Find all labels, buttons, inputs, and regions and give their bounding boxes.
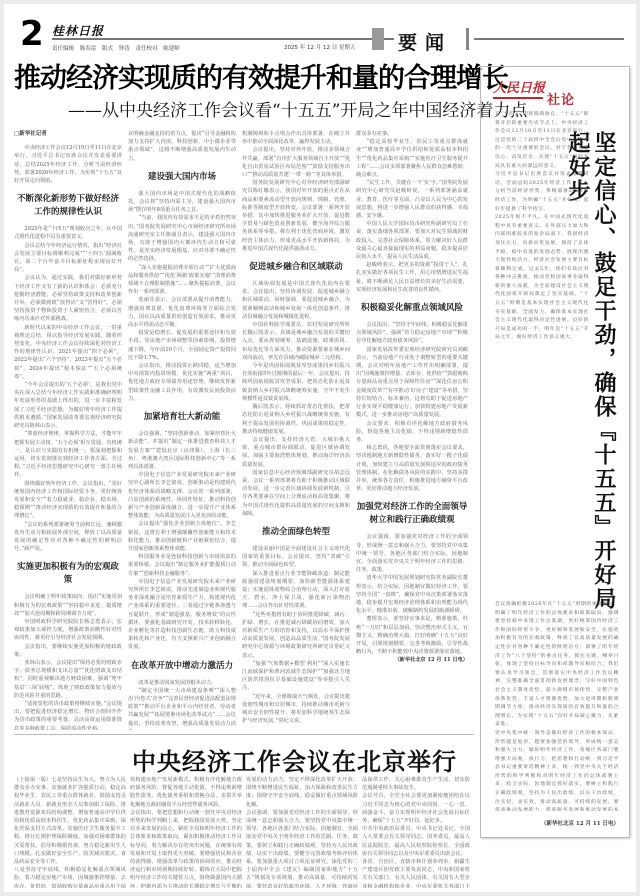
- second-article-title: 中央经济工作会议在北京举行: [132, 742, 457, 777]
- editorial-box: 人民日报 社论 坚定信心、鼓足干劲，确保『十五五』开好局起好步 在“十四五”即将…: [480, 66, 630, 838]
- paragraph: 中国电子信息产业发展研究院未来产业研究中心副所长李艺铭说，创新驱动是构建现代化经…: [128, 471, 236, 520]
- paragraph: “这些举措将有助于协同推进降碳、减污、扩绿、增长，在推进减污降碳协同增效，加大对…: [242, 611, 350, 660]
- paragraph: 会议指出，“坚持守牢底线，积极稳妥化解重点领域风险”，强调“着力稳定房地产市场”…: [356, 321, 468, 346]
- subheading: 加强党对经济工作的全面领导 树立和践行正确政绩观: [356, 501, 468, 527]
- paragraph: 中国社科院学部委员、农村发展研究所所长魏后凯表示，县域是城乡融合发展的关键切入点…: [242, 321, 350, 362]
- paragraph: 会议明确了明年政策取向，指出“实施更加积极有为的宏观政策”“坚持稳中求进、提质增…: [14, 593, 122, 618]
- dateline: 2025 年 12 月 12 日 星期五: [284, 43, 355, 51]
- paragraph: 张林山表示，会议提出“保持必要的财政赤字、债务总规模和支出总量”“优化财政支出结…: [14, 659, 122, 700]
- subheading: 建设强大国内市场: [128, 171, 236, 184]
- paragraph: 赵峻岭表示，把更多的资源“投资于人”，扎扎实实做好各项民生工作，用心用情增进民生…: [356, 261, 468, 294]
- paper-name-logo: 桂林日报: [52, 22, 104, 39]
- paragraph: 会议指出，推动投资止跌回稳，适当增加中央预算内投资规模，优化实施“两重”项目，优…: [128, 362, 236, 403]
- paragraph: 今年是巩固拓展脱贫攻坚成果同乡村振兴有效衔接5年过渡期的最后一年。会议提出，持续…: [242, 362, 350, 403]
- paragraph: “当前，我国内有效需求不足的矛盾仍然突出。”国务院发展研究中心市场经济研究所市场…: [128, 214, 236, 263]
- paragraph: 国务院发展研究中心对外经济研究部副研究员陈红娜表示，我国对外开放的重点正在从商品…: [242, 179, 350, 253]
- paragraph: 新时代以来的中央经济工作会议，一贯重视理论总结，用以指导经济发展实践。随着形势变…: [14, 324, 122, 381]
- section-marker-left: [372, 28, 384, 50]
- paragraph: 会议指出，要继续实施更加积极的财政政策。: [14, 643, 122, 659]
- paragraph: 国家发展改革委宏观经济研究院研究员刘鹤表示，当前房地产行业处于调整转型的重要关键…: [356, 346, 468, 420]
- second-column-3: 发展的动力活力，坚定不移深化改革扩大开放；围绕不断增进民生福祉，加大保障和改善民…: [246, 776, 358, 888]
- lead-article-subtitle: ——从中央经济工作会议看“十五五”开局之年中国经济着力点: [68, 96, 527, 121]
- paragraph: 群众多办实事。: [356, 130, 468, 138]
- paragraph: “近年来，全球极端天气频发，会议提出建设韧性城市和宜居城市，持续推动城市更新与城…: [242, 693, 350, 726]
- header-rule: [52, 38, 284, 40]
- paragraph: 改革是推动国家发展的根本动力。: [128, 679, 236, 687]
- newspaper-page: 2 桂林日报 责任编辑 陈春雷 版式 钟涛 责任校对 陈建师 2025 年 12…: [4, 4, 636, 892]
- page-number: 2: [20, 18, 44, 50]
- subheading: 在改革开放中增动力激活力: [128, 660, 236, 673]
- paragraph: 会议要求，积极有序化解地方政府债务风险，督促各地主动化债，不得违规新增隐性债务。: [356, 420, 468, 445]
- second-column-2: 快构建房地产发展新模式。积极有序化解地方政府债务风险，督促各地主动化债，不得违规…: [130, 776, 242, 888]
- article-divider: [14, 734, 474, 735]
- paragraph: 会议强调，“坚持创新驱动，加紧培育壮大新动能”，并提出“制定一体推进教育科技人才…: [128, 430, 236, 471]
- logo-underline: [493, 97, 543, 99]
- paragraph: “适度宽松的货币政策将继续实施。”会议提出，要把促进经济稳定增长、物价合理回升作…: [14, 700, 122, 730]
- paragraph: “尊重经济规律，掌握科学方法，才能牢牢把握发展主动权。‘五个必须’相互贯通、有机…: [14, 430, 122, 479]
- section-marker-right: [466, 28, 469, 50]
- subheading: 实施更加积极有为的宏观政策: [14, 561, 122, 587]
- paragraph: 会议强调，要加强党对经济工作的全面领导，形成统一意志和强大合力。要坚持党中央集中…: [356, 533, 468, 574]
- editors-credit: 责任编辑 陈春雷 版式 钟涛 责任校对 陈建师: [52, 44, 180, 52]
- paragraph: 中央经济工作会议12月10日至11日在北京举行。习近平总书记出席会议并发表重要讲…: [14, 144, 122, 185]
- lead-article-title: 推动经济实现质的有效提升和量的合理增长: [14, 56, 464, 95]
- subheading: 加紧培育壮大新动能: [128, 411, 236, 424]
- editorial-vertical-title: 坚定信心、鼓足干劲，确保『十五五』开好局起好步: [589, 131, 617, 627]
- subheading: 积极稳妥化解重点领域风险: [356, 302, 468, 315]
- paragraph: 中国人民大学国际货币研究所副研究员丁壮说，落实落细各项部署，要加大对民生领域的财…: [356, 220, 468, 261]
- paragraph: 议明确金融支持的着力点，提出“引导金融机构加力支持扩大内需、科技创新、中小微企业…: [128, 130, 236, 163]
- paragraph: 强大国内市场是中国式现代化的战略依托。会议将“坚持内需主导，建设强大国内市场”摆…: [128, 190, 236, 215]
- editorial-label: 社论: [547, 89, 575, 108]
- subheading: 不断深化新形势下做好经济工作的规律性认识: [14, 193, 122, 219]
- paragraph: 会议提出“强化企业创新主体地位”。李艺铭说，这将有利于增强颠覆性创新能力和技术转…: [128, 520, 236, 553]
- peoples-daily-logo: 人民日报: [493, 77, 545, 96]
- paragraph: 中国电子信息产业发展研究院未来产业研究所所长李艺铭说，推动先进制造业和现代服务业…: [128, 578, 236, 652]
- paragraph: 机制障碍和卡点堵点作出具体部署，在破立并举中推动全面深化改革，赢得发展主动。: [242, 130, 350, 146]
- paragraph: “今年会议提出的‘五个必须’，是我们党中央在深入总结今年经济工作实践和准确研判明…: [14, 381, 122, 430]
- editorial-text-full: 会议准确把握2026年在“十五五”时期的重要地位，明确了明年经济工作的总体要求和…: [495, 601, 619, 811]
- paragraph: 莲丽芬表示，会议部署从提升消费能力、增强消费意愿、优化消费环境等方面综合发力，因…: [128, 296, 236, 329]
- section-label: 要闻: [398, 28, 452, 55]
- paragraph: 建设美丽中国是全面建设社会主义现代化国家的重要目标。会议提出，坚持“双碳”引领，…: [242, 545, 350, 570]
- paragraph: “制定全国统一大市场建设条例”“深入整治‘内卷式’竞争”“完善民营经济促进法配套…: [128, 687, 236, 730]
- paragraph: 科技服务业是连接科技创新与市场需求的重要桥梁。会议提出“制定服务业扩能提质行动方…: [128, 553, 236, 578]
- paragraph: 国家信息中心经济预测部副研究员胡志远说，会议一系列部署将有助于积极推动区域联动发…: [242, 469, 350, 518]
- paragraph: “加强‘气象数据+模型’利用”“深入实施长江流域保护和黄河流域生态保护”“加强北…: [242, 660, 350, 693]
- lead-column-3: 机制障碍和卡点堵点作出具体部署，在破立并举中推动全面深化改革，赢得发展主动。 会…: [242, 130, 350, 730]
- paragraph: 2025年是“十四五”规划收官之年，在中国式现代化进程中具有重要意义。: [14, 225, 122, 241]
- paragraph: “民生工作，关键在一个‘实’字。”国务院发展研究中心研究员赵峻岭说，一系列部署涵…: [356, 179, 468, 220]
- paragraph: 会议提出，坚持对外开放，推动多领域合作共赢。部署“有序扩大服务领域自主开放”“优…: [242, 146, 350, 179]
- paragraph: “稳定高校毕业生、农民工等重点群体就业”“增加普通高中学位供给和优质高校本科招生…: [356, 138, 468, 179]
- editorial-text-top: 在“十四五”即将圆满收官、“十五五”即将开启的重要历史节点上，中央经济工作会议1…: [495, 111, 589, 599]
- paragraph: 清华大学中国发展规划研究院常务副院长董煜表示，结合实际，因地制宜做好经济工作，要…: [356, 574, 468, 615]
- paragraph: “会议的系列部署统筹当前和长远，兼顾激发内生动力和拓展外部空间，释放了以高质量发…: [14, 521, 122, 554]
- paragraph: 围绕做好明年经济工作，会议指出，“更好统筹国内经济工作和国际经贸斗争，更好统筹发…: [14, 480, 122, 521]
- paragraph: 会议认为，通过实践，我们对做好新形势下经济工作又有了新的认识和体会：必须充分挖掘…: [14, 274, 122, 323]
- paragraph: 深入推进重点行业节能降碳改造；制定能源强国建设规划纲要，加快新型能源体系建设；实…: [242, 570, 350, 611]
- subheading: 促进城乡融合和区域联动: [242, 261, 350, 274]
- paragraph: 董煜表示，要坚持实事求是，精准施策，杜绝“一刀切”和层层加码，坚决整治形式主义、…: [356, 615, 468, 656]
- byline: □新华社记者: [14, 130, 122, 138]
- paragraph: 杨志勇说，各地要全面贯彻落实会议要求，坚决遏制地方新增隐性债务，落实好一揽子化债…: [356, 444, 468, 493]
- subheading: 推动全面绿色转型: [242, 526, 350, 539]
- lead-column-2: 议明确金融支持的着力点，提出“引导金融机构加力支持扩大内需、科技创新、中小微企业…: [128, 130, 236, 730]
- lead-column-4: 群众多办实事。 “稳定高校毕业生、农民工等重点群体就业”“增加普通高中学位供给和…: [356, 130, 468, 730]
- second-column-4: 品保供工作，关心困难群众生产生活，切实防范遏制重特大事故发生。 会议号召，全党全…: [362, 776, 470, 888]
- paragraph: 会议总结今年经济运行情况，指出“经济社会发展主要目标将顺利完成”“‘十四五’圆满…: [14, 242, 122, 275]
- editorial-dispatch: （新华社北京 12 月 11 日电）: [541, 819, 619, 827]
- dispatch-credit: （新华社北京 12 月 11 日电）: [356, 656, 468, 664]
- lead-column-1: □新华社记者 中央经济工作会议12月10日至11日在北京举行。习近平总书记出席会…: [14, 130, 122, 730]
- masthead: 2 桂林日报 责任编辑 陈春雷 版式 钟涛 责任校对 陈建师 2025 年 12…: [14, 16, 626, 50]
- paragraph: 会议提出，支持经济大省、大城市挑大梁，重点城市群协调联动，促进区域协调发展。加强…: [242, 436, 350, 469]
- paragraph: “深入实施提振消费专项行动”“扩大优质商品和服务供给”“优化‘两新’政策实施”“…: [128, 264, 236, 297]
- second-column-1: （上接第一版）七是坚持民生为大，努力为人民群众多办实事。实施就业扩容提质行动，稳…: [14, 776, 126, 888]
- paragraph: 投资是稳增长、促发展的重要途径和有效手段。受房地产市场调整等因素影响，投资增速下…: [128, 329, 236, 362]
- paragraph: 魏后凯表示，持续抓好常态化帮扶，把常态化防止返贫纳入乡村振兴战略统筹实施，有利于…: [242, 403, 350, 436]
- paragraph: 中国财政科学研究院院长杨志勇表示，宏观政策加大调控力度，增强政策前瞻性针对性协同…: [14, 618, 122, 643]
- paragraph: 区域协调发展是中国式现代化的内在要求。会议提出，坚持协调发展，促进城乡融合和区域…: [242, 280, 350, 321]
- header-rule-far-right: [474, 38, 624, 40]
